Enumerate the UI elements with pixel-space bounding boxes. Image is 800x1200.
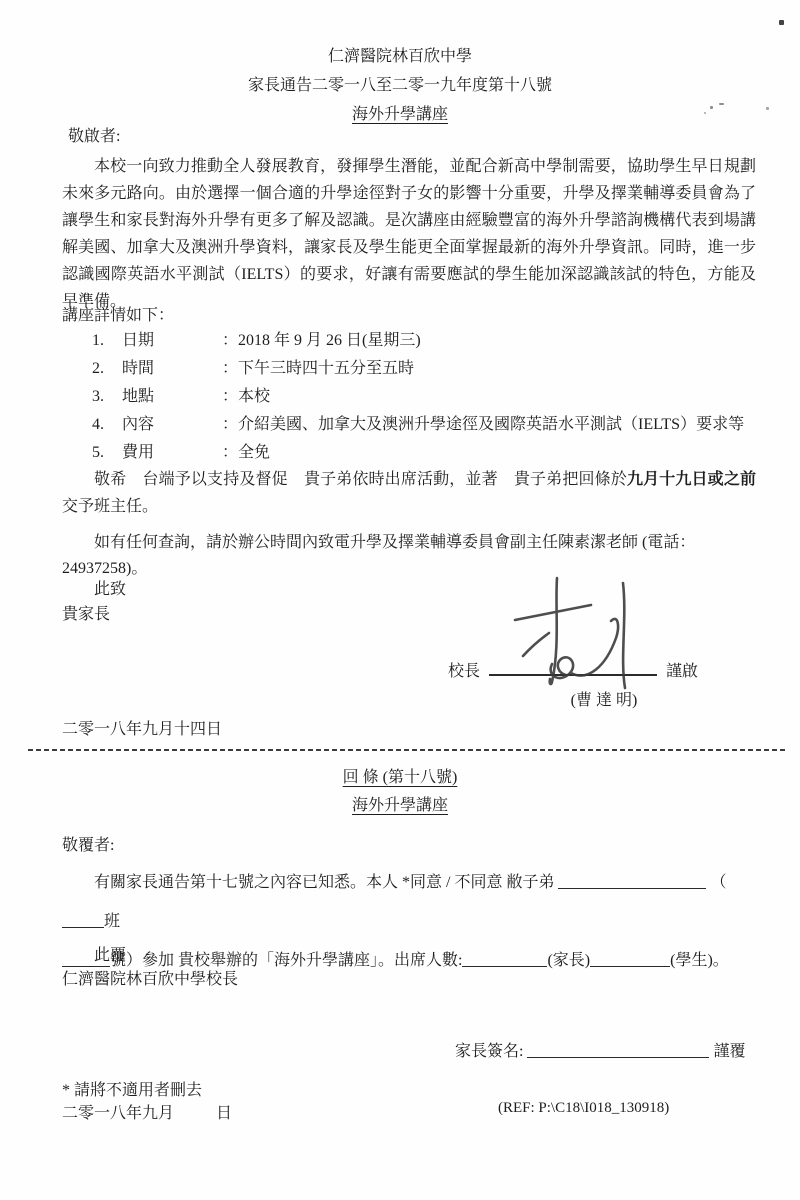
detail-number: 1.: [92, 327, 122, 355]
notice-header: 仁濟醫院林百欣中學 家長通告二零一八至二零一九年度第十八號 海外升學講座: [0, 42, 800, 129]
closing: 此致: [94, 576, 126, 599]
detail-value: ：本校: [222, 383, 270, 411]
student-name-blank: [558, 874, 706, 889]
detail-label: 內容: [122, 411, 222, 439]
detail-number: 5.: [92, 439, 122, 467]
principal-label: 校長: [448, 663, 480, 680]
detail-value: ：下午三時四十五分至五時: [222, 355, 414, 383]
principal-sign-off: 謹啟: [666, 663, 698, 680]
details-intro: 講座詳情如下：: [62, 302, 174, 325]
reply-date-year-month: 二零一八年九月: [62, 1105, 174, 1122]
reply-addressee: 仁濟醫院林百欣中學校長: [62, 966, 238, 989]
reference-code: (REF: P:\C18\I018_130918): [498, 1100, 669, 1117]
issue-date: 二零一八年九月十四日: [62, 716, 222, 739]
parent-signature-label: 家長簽名:: [455, 1043, 523, 1060]
scanned-notice-page: 仁濟醫院林百欣中學 家長通告二零一八至二零一九年度第十八號 海外升學講座 敬啟者…: [0, 0, 800, 1200]
detail-number: 4.: [92, 411, 122, 439]
reply-body: 有關家長通告第十七號之內容已知悉。本人 *同意 / 不同意 敝子弟 （班 號）參…: [62, 863, 760, 980]
details-list: 1. 日期 ：2018 年 9 月 26 日(星期三) 2. 時間 ：下午三時四…: [92, 327, 760, 467]
request-paragraph: 敬希 台端予以支持及督促 貴子弟依時出席活動，並著 貴子弟把回條於九月十九日或之…: [62, 466, 756, 520]
parent-count-blank: [462, 952, 547, 967]
detail-value: ：2018 年 9 月 26 日(星期三): [222, 327, 421, 355]
student-count-blank: [590, 952, 670, 967]
reply-slip-title: 回 條 (第十八號): [0, 764, 800, 792]
enquiry-paragraph: 如有任何查詢，請於辦公時間內致電升學及擇業輔導委員會副主任陳素潔老師 (電話：2…: [62, 530, 760, 582]
reply-slip-subject: 海外升學講座: [0, 792, 800, 820]
reply-closing: 此覆: [94, 942, 126, 965]
detail-row-fee: 5. 費用 ：全免: [92, 439, 760, 467]
notice-number: 家長通告二零一八至二零一九年度第十八號: [0, 71, 800, 100]
detail-row-content: 4. 內容 ：介紹美國、加拿大及澳洲升學途徑及國際英語水平測試（IELTS）要求…: [92, 411, 760, 439]
reply-line-1: 有關家長通告第十七號之內容已知悉。本人 *同意 / 不同意 敝子弟 （班: [62, 863, 760, 941]
detail-label: 日期: [122, 327, 222, 355]
class-blank: [62, 913, 104, 928]
principal-signature-row: 校長謹啟: [448, 658, 698, 683]
parent-signature-row: 家長簽名: 謹覆: [455, 1038, 745, 1061]
detail-label: 地點: [122, 383, 222, 411]
parent-signature-blank: [527, 1043, 709, 1058]
reply-date-row: 二零一八年九月日: [62, 1100, 232, 1123]
detail-row-time: 2. 時間 ：下午三時四十五分至五時: [92, 355, 760, 383]
salutation: 敬啟者:: [68, 123, 120, 146]
detail-number: 2.: [92, 355, 122, 383]
detail-row-venue: 3. 地點 ：本校: [92, 383, 760, 411]
school-name: 仁濟醫院林百欣中學: [0, 42, 800, 71]
intro-paragraph: 本校一向致力推動全人發展教育，發揮學生潛能，並配合新高中學制需要，協助學生早日規…: [62, 153, 756, 315]
request-suffix: 交予班主任。: [62, 498, 158, 515]
detail-number: 3.: [92, 383, 122, 411]
request-prefix: 敬希 台端予以支持及督促 貴子弟依時出席活動，並著 貴子弟把回條於: [94, 471, 627, 488]
principal-name: (曹 達 明): [520, 687, 688, 710]
cut-line: [28, 749, 788, 751]
reply-date-day: 日: [216, 1105, 232, 1122]
parent-sign-off: 謹覆: [713, 1043, 745, 1060]
detail-label: 時間: [122, 355, 222, 383]
detail-value: ：介紹美國、加拿大及澳洲升學途徑及國際英語水平測試（IELTS）要求等: [222, 411, 744, 439]
reply-slip-header: 回 條 (第十八號) 海外升學講座: [0, 764, 800, 820]
handwritten-signature: [505, 576, 645, 688]
reply-deadline: 九月十九日或之前: [627, 471, 756, 488]
addressee: 貴家長: [62, 601, 110, 624]
delete-note: * 請將不適用者刪去: [62, 1077, 202, 1100]
principal-signature-line: [489, 658, 657, 676]
detail-row-date: 1. 日期 ：2018 年 9 月 26 日(星期三): [92, 327, 760, 355]
detail-value: ：全免: [222, 439, 270, 467]
scan-speck: [779, 20, 784, 25]
detail-label: 費用: [122, 439, 222, 467]
reply-salutation: 敬覆者:: [62, 832, 114, 855]
